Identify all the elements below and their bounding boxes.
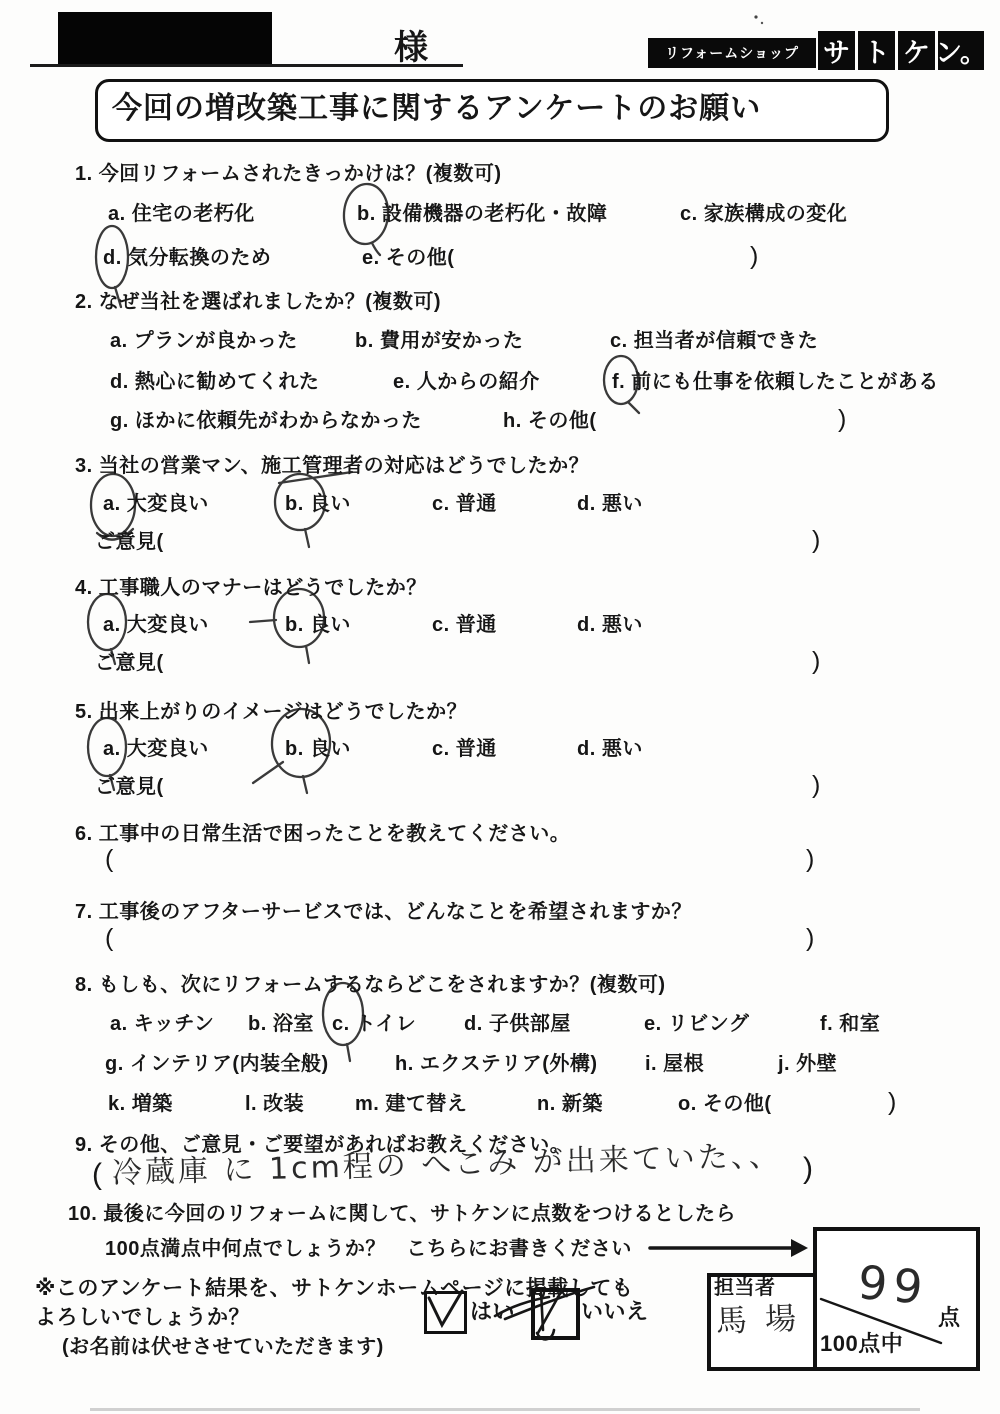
q6-answer-close-paren: )	[806, 846, 815, 874]
q7-answer-open-paren: (	[105, 925, 114, 953]
q2-option-d: d. 熱心に勧めてくれた	[110, 371, 319, 393]
q8-option-l: l. 改装	[245, 1093, 304, 1115]
consent-yes-checkbox	[424, 1291, 467, 1334]
circle-strike-q4-b	[250, 620, 276, 622]
logo-shop-type-text: リフォームショップ	[665, 43, 799, 63]
q8-option-e: e. リビング	[644, 1013, 749, 1035]
circle-tail-q5-b	[303, 776, 307, 793]
score-total-label: 100点中	[820, 1332, 903, 1356]
q9-answer-close-paren: )	[803, 1152, 814, 1185]
scan-noise-dot	[761, 22, 763, 24]
q6-heading: 6. 工事中の日常生活で困ったことを教えてください。	[75, 823, 570, 845]
q8-option-h: h. エクステリア(外構)	[395, 1053, 598, 1075]
logo-char: ン。	[935, 31, 987, 70]
q8-option-n: n. 新築	[537, 1093, 603, 1115]
q8-option-i: i. 屋根	[645, 1053, 704, 1075]
circle-tail-q8-c	[347, 1044, 350, 1061]
staff-name-handwritten: 馬場	[715, 1301, 814, 1338]
q5-heading: 5. 出来上がりのイメージはどうでしたか？	[75, 701, 467, 723]
q1-heading: 1. 今回リフォームされたきっかけは？(複数可)	[75, 163, 502, 185]
q1-option-d: d. 気分転換のため	[103, 247, 271, 269]
q5-option-a: a. 大変良い	[103, 738, 209, 760]
q8-option-c: c. トイレ	[332, 1013, 416, 1035]
q2-option-g: g. ほかに依頼先がわからなかった	[110, 410, 422, 432]
q4-heading: 4. 工事職人のマナーはどうでしたか？	[75, 577, 427, 599]
q1-option-e: e. その他(	[362, 247, 454, 269]
q1-option-e-close-paren: )	[750, 243, 759, 271]
staff-label: 担当者	[714, 1277, 776, 1299]
q10-heading-line2: 100点満点中何点でしょうか？ こちらにお書きください	[105, 1238, 632, 1260]
q8-option-b: b. 浴室	[248, 1013, 314, 1035]
q4-option-a: a. 大変良い	[103, 614, 209, 636]
q7-heading: 7. 工事後のアフターサービスでは、どんなことを希望されますか？	[75, 901, 692, 923]
q2-option-e: e. 人からの紹介	[393, 371, 540, 393]
q8-option-g: g. インテリア(内装全般)	[105, 1053, 329, 1075]
q8-option-o-close-paren: )	[888, 1089, 897, 1117]
q3-comment-close-paren: )	[812, 527, 821, 555]
q4-comment-close-paren: )	[812, 648, 821, 676]
q4-option-b: b. 良い	[285, 614, 351, 636]
page-title: 今回の増改築工事に関するアンケートのお願い	[112, 92, 761, 125]
q4-option-c: c. 普通	[432, 614, 497, 636]
consent-note-line2: よろしいでしょうか？	[35, 1306, 250, 1329]
q2-option-b: b. 費用が安かった	[355, 330, 523, 352]
logo-shop-type: リフォームショップ	[648, 38, 816, 68]
q1-option-a: a. 住宅の老朽化	[108, 203, 255, 225]
q10-heading-line1: 10. 最後に今回のリフォームに関して、サトケンに点数をつけるとしたら	[68, 1203, 736, 1225]
q5-option-b: b. 良い	[285, 738, 351, 760]
q8-option-m: m. 建て替え	[355, 1093, 467, 1115]
score-handwritten-value: 99	[856, 1257, 931, 1314]
q2-option-c: c. 担当者が信頼できた	[610, 330, 818, 352]
q3-comment-label: ご意見(	[95, 531, 164, 553]
q4-option-d: d. 悪い	[577, 614, 643, 636]
q4-comment-label: ご意見(	[95, 652, 164, 674]
q3-option-d: d. 悪い	[577, 493, 643, 515]
q9-answer-open-paren: (	[92, 1158, 103, 1191]
score-pointer-arrow-head	[791, 1239, 808, 1257]
scan-noise-dot	[754, 15, 757, 18]
circle-tail-q4-b	[306, 646, 309, 663]
logo-char: ト	[863, 31, 890, 70]
q5-comment-label: ご意見(	[95, 776, 164, 798]
logo-brand-char-3: ケ	[898, 31, 935, 70]
logo-brand-char-2: ト	[858, 31, 895, 70]
q8-option-j: j. 外壁	[778, 1053, 837, 1075]
consent-no-label: いいえ	[581, 1300, 649, 1324]
q6-answer-open-paren: (	[105, 846, 114, 874]
q5-option-c: c. 普通	[432, 738, 497, 760]
q3-option-a: a. 大変良い	[103, 493, 209, 515]
q5-option-d: d. 悪い	[577, 738, 643, 760]
q8-option-k: k. 増築	[108, 1093, 173, 1115]
logo-brand-char-1: サ	[818, 31, 855, 70]
q3-option-b: b. 良い	[285, 493, 351, 515]
q5-comment-close-paren: )	[812, 772, 821, 800]
consent-no-checkbox	[531, 1288, 580, 1340]
q8-option-f: f. 和室	[820, 1013, 880, 1035]
q2-option-a: a. プランが良かった	[110, 330, 298, 352]
consent-privacy-note: (お名前は伏せさせていただきます)	[62, 1336, 384, 1358]
q8-option-d: d. 子供部屋	[464, 1013, 571, 1035]
q3-heading: 3. 当社の営業マン、施工管理者の対応はどうでしたか？	[75, 455, 589, 477]
survey-scan-page: 様 リフォームショップ サ ト ケ ン。 今回の増改築工事に関するアンケートのお…	[0, 0, 1000, 1414]
logo-char: サ	[823, 31, 850, 70]
score-unit-label: 点	[938, 1306, 961, 1330]
logo-brand-char-4: ン。	[938, 31, 984, 70]
q2-option-f: f. 前にも仕事を依頼したことがある	[612, 371, 939, 393]
circle-overshoot-q5-b	[253, 762, 283, 783]
q3-option-c: c. 普通	[432, 493, 497, 515]
q8-heading: 8. もしも、次にリフォームするならどこをされますか？(複数可)	[75, 974, 666, 996]
q2-option-h-close-paren: )	[838, 406, 847, 434]
consent-yes-label: はい	[470, 1300, 515, 1324]
q1-option-c: c. 家族構成の変化	[680, 203, 847, 225]
honorific-label: 様	[394, 30, 429, 67]
circle-tail-q3-b	[305, 529, 309, 547]
q2-heading: 2. なぜ当社を選ばれましたか？(複数可)	[75, 291, 441, 313]
circle-tail-q2-f	[628, 402, 639, 413]
scan-edge-artifact	[90, 1408, 920, 1411]
logo-char: ケ	[903, 31, 930, 70]
q8-option-a: a. キッチン	[110, 1013, 214, 1035]
q8-option-o: o. その他(	[678, 1093, 772, 1115]
q2-option-h: h. その他(	[503, 410, 597, 432]
q1-option-b: b. 設備機器の老朽化・故障	[357, 203, 607, 225]
redacted-customer-name	[58, 12, 272, 66]
q7-answer-close-paren: )	[806, 925, 815, 953]
